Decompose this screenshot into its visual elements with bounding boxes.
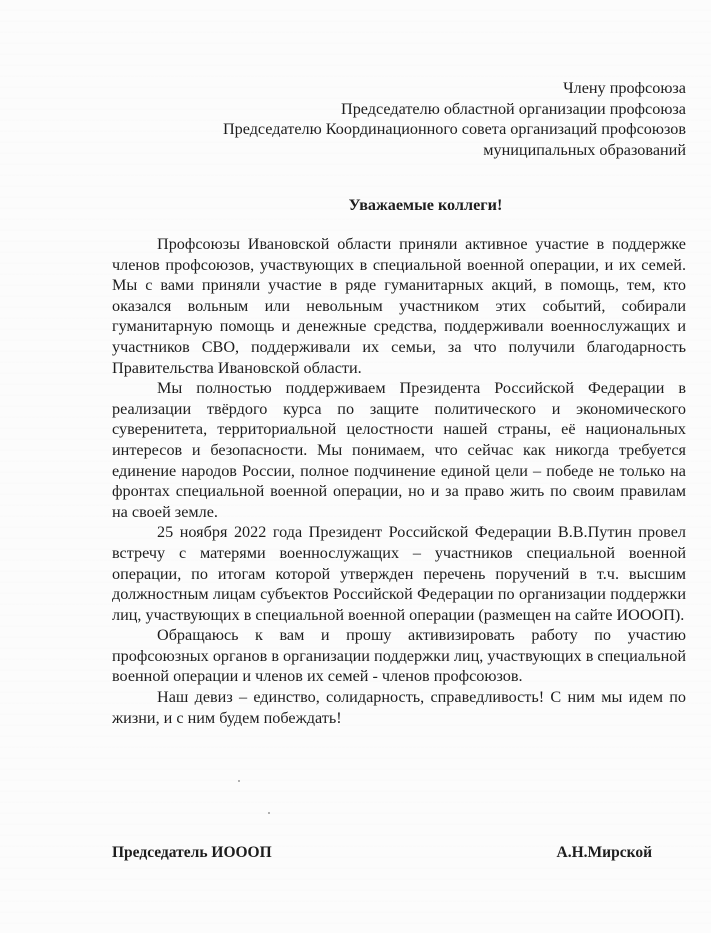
addressee-line: Члену профсоюза bbox=[223, 78, 686, 99]
addressee-block: Члену профсоюза Председателю областной о… bbox=[223, 78, 686, 160]
scanned-letter-page: Члену профсоюза Председателю областной о… bbox=[0, 0, 711, 933]
scan-speck bbox=[268, 812, 270, 814]
paragraph: Мы полностью поддерживаем Президента Рос… bbox=[112, 378, 686, 522]
letter-body: Профсоюзы Ивановской области приняли акт… bbox=[112, 234, 686, 728]
paragraph: Наш девиз – единство, солидарность, спра… bbox=[112, 687, 686, 728]
greeting-heading: Уважаемые коллеги! bbox=[0, 195, 711, 215]
signature-block: Председатель ИОООП А.Н.Мирской bbox=[112, 844, 652, 862]
paragraph: Профсоюзы Ивановской области приняли акт… bbox=[112, 234, 686, 378]
addressee-line: Председателю областной организации профс… bbox=[223, 99, 686, 120]
addressee-line: Председателю Координационного совета орг… bbox=[223, 119, 686, 140]
signatory-position: Председатель ИОООП bbox=[112, 844, 272, 862]
scan-speck bbox=[238, 780, 240, 782]
paragraph: 25 ноября 2022 года Президент Российской… bbox=[112, 522, 686, 625]
signatory-name: А.Н.Мирской bbox=[557, 844, 652, 862]
paragraph: Обращаюсь к вам и прошу активизировать р… bbox=[112, 625, 686, 687]
addressee-line: муниципальных образований bbox=[223, 140, 686, 161]
